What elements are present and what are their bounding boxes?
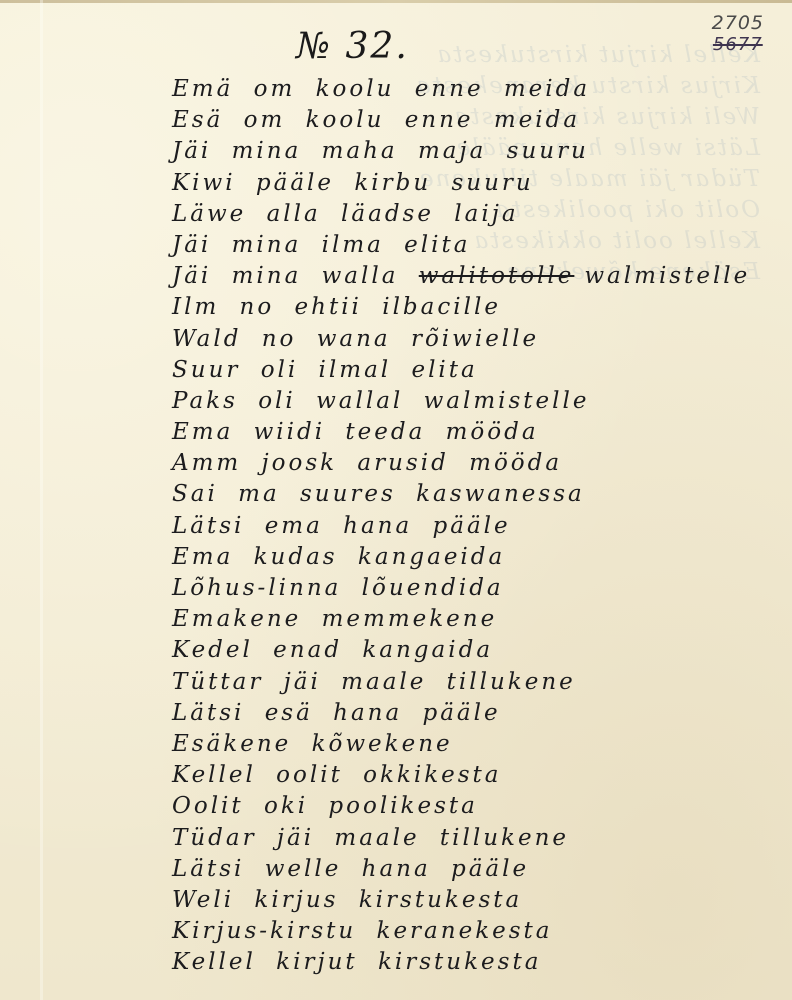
poem-line: Läwe alla läadse laija xyxy=(172,199,750,230)
poem-line: Kellel kirjut kirstukesta xyxy=(172,947,750,978)
poem-line-with-correction: Jäi mina walla walitotollewalmistelle xyxy=(172,261,750,292)
poem-line: Lõhus-linna lõuendida xyxy=(172,573,750,604)
poem-line: Ema wiidi teeda mööda xyxy=(172,417,750,448)
poem-line: Jäi mina maha maja suuru xyxy=(172,136,750,167)
poem-line: Ema kudas kangaeida xyxy=(172,542,750,573)
poem-line: Jäi mina ilma elita xyxy=(172,230,750,261)
paper-fold-line xyxy=(40,0,43,1000)
poem-line: Tüdar jäi maale tillukene xyxy=(172,823,750,854)
archive-number: 2705 5677 xyxy=(712,12,764,56)
poem-line: Esä om koolu enne meida xyxy=(172,105,750,136)
poem-line: Tüttar jäi maale tillukene xyxy=(172,667,750,698)
poem-line: Wald no wana rõiwielle xyxy=(172,324,750,355)
page-top-edge xyxy=(0,0,792,3)
archive-number-current: 2705 xyxy=(712,12,764,34)
poem-line: Paks oli wallal walmistelle xyxy=(172,386,750,417)
item-number-heading: № 32. xyxy=(296,26,409,67)
poem-line: Emakene memmekene xyxy=(172,604,750,635)
struck-through-word: walitotolle xyxy=(419,263,575,289)
poem-line: Kellel oolit okkikesta xyxy=(172,760,750,791)
poem-line: Lätsi esä hana pääle xyxy=(172,698,750,729)
poem-line: Oolit oki poolikesta xyxy=(172,791,750,822)
poem-line: Lätsi ema hana pääle xyxy=(172,511,750,542)
poem-line: Kedel enad kangaida xyxy=(172,635,750,666)
poem-text: Emä om koolu enne meida Esä om koolu enn… xyxy=(172,74,750,978)
poem-line: Lätsi welle hana pääle xyxy=(172,854,750,885)
poem-line: Amm joosk arusid mööda xyxy=(172,448,750,479)
poem-line: Kirjus-kirstu keranekesta xyxy=(172,916,750,947)
archive-number-previous: 5677 xyxy=(712,34,764,56)
poem-line: Kiwi pääle kirbu suuru xyxy=(172,168,750,199)
correction-word: walmistelle xyxy=(584,263,750,289)
poem-line: Sai ma suures kaswanessa xyxy=(172,479,750,510)
poem-line: Suur oli ilmal elita xyxy=(172,355,750,386)
poem-line: Esäkene kõwekene xyxy=(172,729,750,760)
manuscript-page: Kellel kirjut kirstukesta Kirjus kirstu … xyxy=(0,0,792,1000)
poem-line: Weli kirjus kirstukesta xyxy=(172,885,750,916)
poem-line: Ilm no ehtii ilbacille xyxy=(172,292,750,323)
poem-line: Emä om koolu enne meida xyxy=(172,74,750,105)
